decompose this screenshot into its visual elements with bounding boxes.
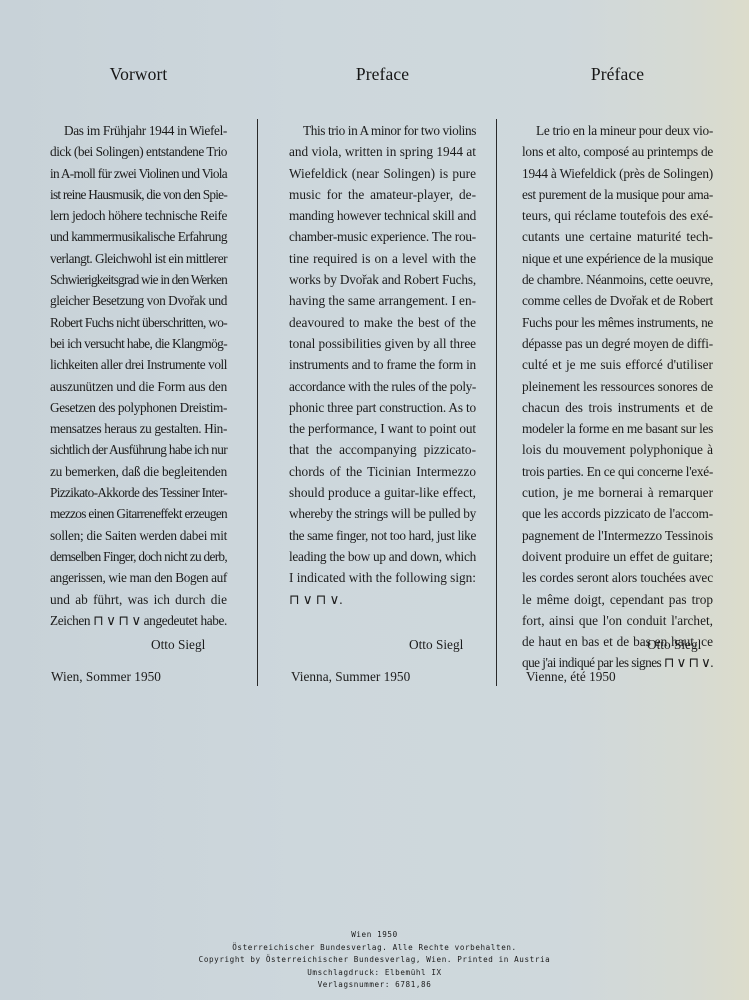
text-line: dépasse pas un degré moyen de diffi- <box>522 333 713 354</box>
text-line: trois parties. En ce qui concerne l'exé- <box>522 461 713 482</box>
text-line: le même doigt, cependant pas trop <box>522 589 713 610</box>
text-line: und kammermusikalische Erfahrung <box>50 226 227 247</box>
text-line: manding however technical skill and <box>289 205 476 226</box>
column-german: Vorwort Das im Frühjahr 1944 in Wiefel-d… <box>50 64 227 694</box>
title-preface-en: Preface <box>289 64 476 85</box>
text-line: 1944 à Wiefeldick (près de Solingen) <box>522 163 713 184</box>
text-line: zu bemerken, daß die begleitenden <box>50 461 227 482</box>
text-line: Zeichen ⊓ ∨ ⊓ ∨ angedeutet habe. <box>50 610 227 631</box>
text-line: lichkeiten aller drei Instrumente voll <box>50 354 227 375</box>
text-line: mezzos einen Gitarreneffekt erzeugen <box>50 503 227 524</box>
place-date-english: Vienna, Summer 1950 <box>291 669 410 685</box>
text-line: whereby the strings will be pulled by <box>289 503 476 524</box>
title-vorwort: Vorwort <box>50 64 227 85</box>
text-line: chacun des trois instruments et de <box>522 397 713 418</box>
text-line: est purement de la musique pour ama- <box>522 184 713 205</box>
text-line: dick (bei Solingen) entstandene Trio <box>50 141 227 162</box>
text-line: auszunützen und die Form aus den <box>50 376 227 397</box>
text-line: nique et une expérience de la musique <box>522 248 713 269</box>
text-line: culté et je me suis efforcé d'utiliser <box>522 354 713 375</box>
text-line: accordance with the rules of the poly- <box>289 376 476 397</box>
text-line: Schwierigkeitsgrad wie in den Werken <box>50 269 227 290</box>
title-preface-fr: Préface <box>522 64 713 85</box>
column-english: Preface This trio in A minor for two vio… <box>289 64 476 694</box>
text-line: Fuchs pour les mêmes instruments, ne <box>522 312 713 333</box>
body-french: Le trio en la mineur pour deux vio-lons … <box>522 120 713 674</box>
publisher-imprint: Wien 1950 Österreichischer Bundesverlag.… <box>0 929 749 992</box>
text-line: leading the bow up and down, which <box>289 546 476 567</box>
text-line: sichtlich der Ausführung habe ich nur <box>50 439 227 460</box>
text-line: and viola, written in spring 1944 at <box>289 141 476 162</box>
text-line: ist reine Hausmusik, die von den Spie- <box>50 184 227 205</box>
signature-french: Otto Siegl <box>647 637 701 653</box>
place-date-french: Vienne, été 1950 <box>526 669 616 685</box>
text-line: mensatzes heraus zu gestalten. Hin- <box>50 418 227 439</box>
imprint-rights: Österreichischer Bundesverlag. Alle Rech… <box>0 942 749 955</box>
column-french: Préface Le trio en la mineur pour deux v… <box>522 64 713 694</box>
text-line: les cordes seront alors touchées avec <box>522 567 713 588</box>
text-line: de chambre. Néanmoins, cette oeuvre, <box>522 269 713 290</box>
column-divider-left <box>257 119 258 686</box>
text-line: lern jedoch höhere technische Reife <box>50 205 227 226</box>
text-line: modeler la forme en me basant sur les <box>522 418 713 439</box>
text-line: und ab führt, was ich durch die <box>50 589 227 610</box>
imprint-city-year: Wien 1950 <box>0 929 749 942</box>
text-line: que les accords pizzicato de l'accom- <box>522 503 713 524</box>
text-line: Gesetzen des polyphonen Dreistim- <box>50 397 227 418</box>
signature-german: Otto Siegl <box>151 637 205 653</box>
place-date-german: Wien, Sommer 1950 <box>51 669 161 685</box>
text-line: teurs, qui réclame toutefois des exé- <box>522 205 713 226</box>
text-line: pagnement de l'Intermezzo Tessinois <box>522 525 713 546</box>
imprint-publisher-number: Verlagsnummer: 6781,86 <box>0 979 749 992</box>
text-line: instruments and to frame the form in <box>289 354 476 375</box>
text-line: demselben Finger, doch nicht zu derb, <box>50 546 227 567</box>
text-line: Robert Fuchs nicht überschritten, wo- <box>50 312 227 333</box>
text-line: cution, je me bornerai à remarquer <box>522 482 713 503</box>
text-line: pleinement les ressources sonores de <box>522 376 713 397</box>
text-line: sollen; die Saiten werden dabei mit <box>50 525 227 546</box>
text-line: having the same arrangement. I en- <box>289 290 476 311</box>
text-line: chords of the Ticinian Intermezzo <box>289 461 476 482</box>
text-line: doivent produire un effet de guitare; <box>522 546 713 567</box>
text-line: comme celles de Dvořak et de Robert <box>522 290 713 311</box>
text-line: lois du mouvement polyphonique à <box>522 439 713 460</box>
text-line: lons et alto, composé au printemps de <box>522 141 713 162</box>
text-line: the performance, I want to point out <box>289 418 476 439</box>
text-line: in A-moll für zwei Violinen und Viola <box>50 163 227 184</box>
text-line: ⊓ ∨ ⊓ ∨. <box>289 589 476 610</box>
text-line: chamber-music experience. The rou- <box>289 226 476 247</box>
text-line: music for the amateur-player, de- <box>289 184 476 205</box>
text-line: I indicated with the following sign: <box>289 567 476 588</box>
text-line: cutants une certaine maturité tech- <box>522 226 713 247</box>
text-line: Pizzikato-Akkorde des Tessiner Inter- <box>50 482 227 503</box>
text-line: Le trio en la mineur pour deux vio- <box>522 120 713 141</box>
imprint-cover-print: Umschlagdruck: Elbemühl IX <box>0 967 749 980</box>
text-line: works by Dvořak and Robert Fuchs, <box>289 269 476 290</box>
text-line: verlangt. Gleichwohl ist ein mittlerer <box>50 248 227 269</box>
text-line: phonic three part construction. As to <box>289 397 476 418</box>
text-line: tonal possibilities given by all three <box>289 333 476 354</box>
text-line: tine required is on a level with the <box>289 248 476 269</box>
preface-page: Vorwort Das im Frühjahr 1944 in Wiefel-d… <box>0 0 749 1000</box>
text-line: deavoured to make the best of the <box>289 312 476 333</box>
body-english: This trio in A minor for two violinsand … <box>289 120 476 610</box>
imprint-copyright: Copyright by Österreichischer Bundesverl… <box>0 954 749 967</box>
text-line: angerissen, wie man den Bogen auf <box>50 567 227 588</box>
signature-english: Otto Siegl <box>409 637 463 653</box>
text-line: gleicher Besetzung von Dvořak und <box>50 290 227 311</box>
text-line: Wiefeldick (near Solingen) is pure <box>289 163 476 184</box>
text-line: should produce a guitar-like effect, <box>289 482 476 503</box>
text-line: bei ich versucht habe, die Klangmög- <box>50 333 227 354</box>
text-line: This trio in A minor for two violins <box>289 120 476 141</box>
text-line: that the accompanying pizzicato- <box>289 439 476 460</box>
text-line: the same finger, not too hard, just like <box>289 525 476 546</box>
text-line: Das im Frühjahr 1944 in Wiefel- <box>50 120 227 141</box>
text-line: fort, ainsi que l'on conduit l'archet, <box>522 610 713 631</box>
column-divider-right <box>496 119 497 686</box>
body-german: Das im Frühjahr 1944 in Wiefel-dick (bei… <box>50 120 227 631</box>
